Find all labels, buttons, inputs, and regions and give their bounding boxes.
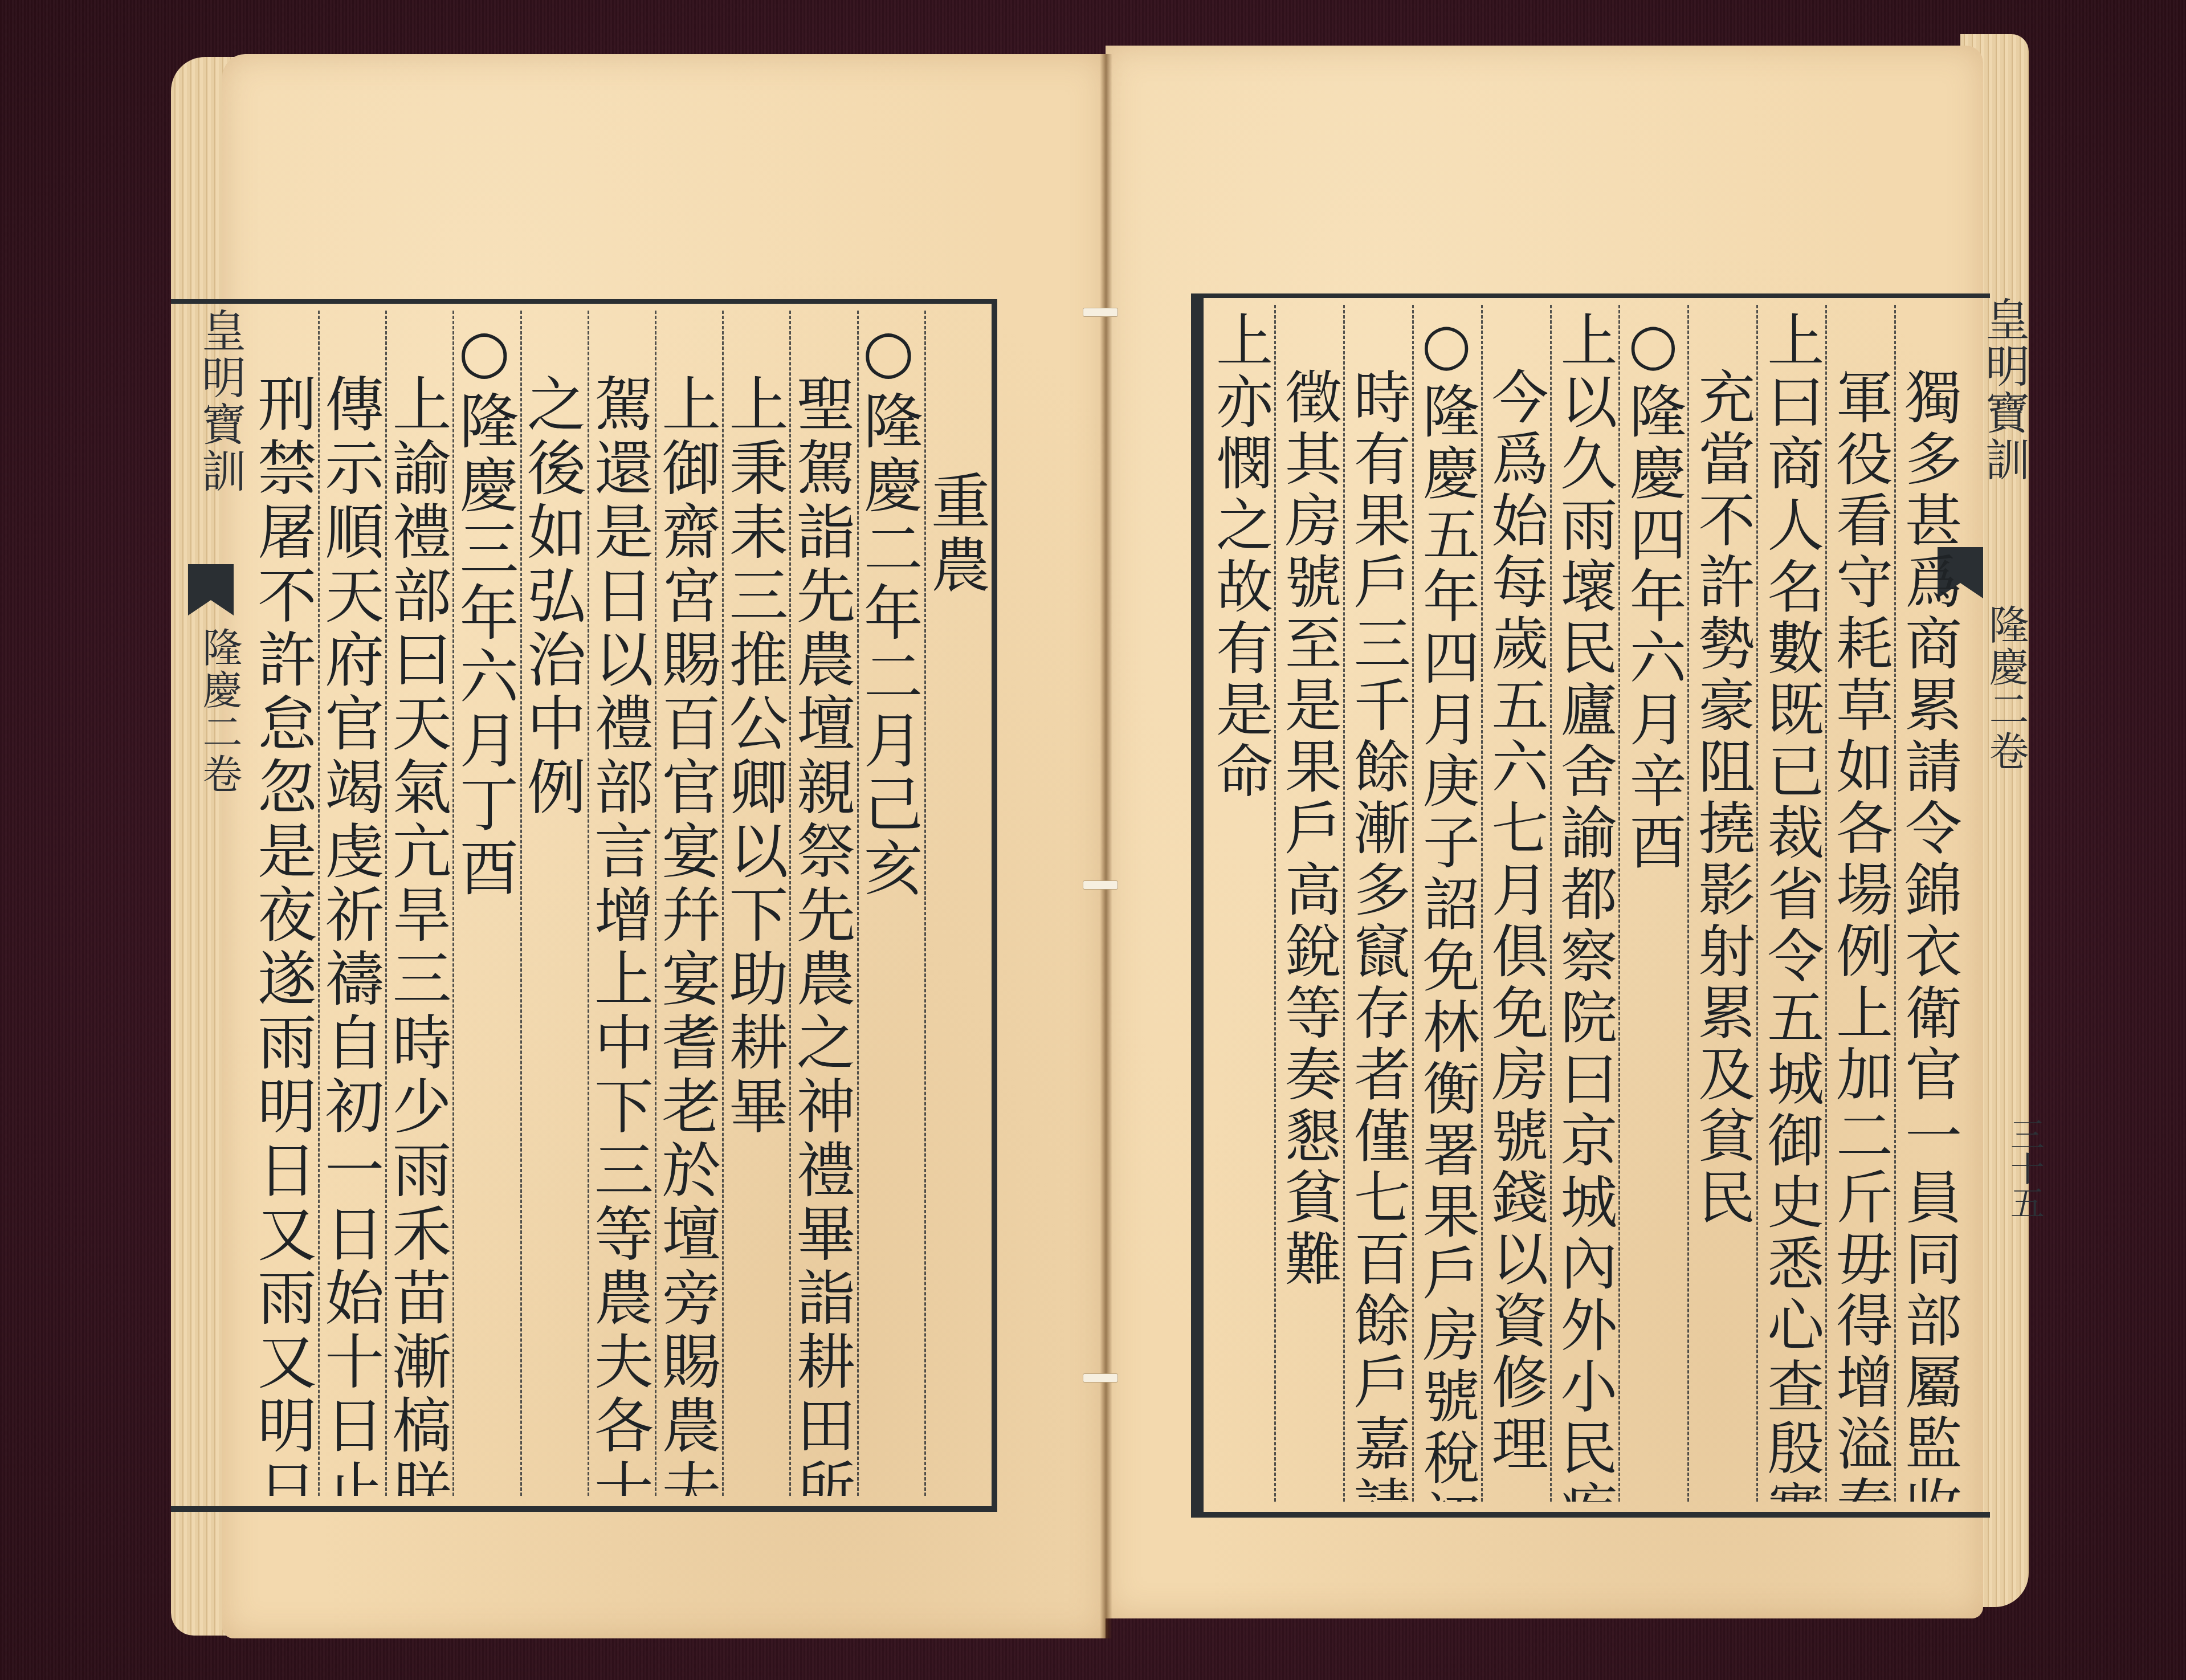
- text-column: 上御齋宮賜百官宴幷宴耆老於壇旁賜農夫布疋: [655, 311, 722, 1496]
- text-column: 刑禁屠不許怠忽是夜遂雨明日又雨又明日大雨: [251, 311, 318, 1496]
- text-column: ○隆慶四年六月辛酉: [1618, 305, 1687, 1502]
- right-margin-title: 皇明寶訓: [1972, 296, 2036, 483]
- text-column: ○隆慶二年二月己亥: [857, 311, 924, 1496]
- text-column: 傳示順天府官竭虔祈禱自初一日始十日止諸司停: [318, 311, 385, 1496]
- left-text-columns: 重農 ○隆慶二年二月己亥 聖駕詣先農壇親祭先農之神禮畢詣耕田所 上秉耒三推公卿以…: [251, 311, 992, 1496]
- book-gutter: [1100, 54, 1112, 1638]
- left-margin-volume: 隆慶二卷: [191, 627, 248, 796]
- left-margin-title: 皇明寶訓: [188, 308, 252, 495]
- text-column: 上以久雨壞民廬舍諭都察院曰京城內外小民疾苦即: [1550, 305, 1619, 1502]
- text-column: 上亦憫之故有是命: [1205, 305, 1274, 1502]
- right-margin-volume: 隆慶二卷: [1977, 604, 2035, 773]
- binding-stitch: [1083, 880, 1118, 890]
- text-column: 聖駕詣先農壇親祭先農之神禮畢詣耕田所: [789, 311, 857, 1496]
- text-column: ○隆慶三年六月丁酉: [452, 311, 520, 1496]
- text-column: 徵其房號至是果戶高銳等奏懇貧難: [1274, 305, 1343, 1502]
- open-book: 皇明寶訓 隆慶二卷 重農 ○隆慶二年二月己亥 聖駕詣先農壇親祭先農之神禮畢詣耕田…: [0, 0, 2186, 1680]
- text-column: 上曰商人名數既已裁省令五城御史悉心查殷實人戶: [1756, 305, 1825, 1502]
- text-column: ○隆慶五年四月庚子詔免林衡署果戶房號稅初永樂: [1412, 305, 1481, 1502]
- text-column: 上諭禮部曰天氣亢旱三時少雨禾苗漸槁朕甚憂之其: [385, 311, 452, 1496]
- text-column: 今爲始每歲五六七月俱免房號錢以資修理: [1481, 305, 1550, 1502]
- text-column: 時有果戶三千餘漸多竄存者僅七百餘戶嘉請間稅: [1343, 305, 1412, 1502]
- section-heading: 重農: [924, 311, 992, 1496]
- page-number: 三十五: [2000, 1117, 2049, 1220]
- text-column: 獨多甚爲商累請令錦衣衛官一員同部屬監收即以: [1894, 305, 1963, 1502]
- right-text-columns: 獨多甚爲商累請令錦衣衛官一員同部屬監收即以 軍役看守耗草如各場例上加二斤毋得增溢…: [1205, 305, 1963, 1502]
- text-column: 之後如弘治中例: [520, 311, 588, 1496]
- text-column: 上秉耒三推公卿以下助耕畢: [722, 311, 789, 1496]
- binding-stitch: [1083, 1373, 1118, 1383]
- text-column: 駕還是日以禮部言增上中下三等農夫各十人於耆老: [588, 311, 655, 1496]
- text-column: 軍役看守耗草如各場例上加二斤毋得增溢奏入: [1825, 305, 1894, 1502]
- binding-stitch: [1083, 308, 1118, 317]
- text-column: 充當不許勢豪阻撓影射累及貧民: [1687, 305, 1756, 1502]
